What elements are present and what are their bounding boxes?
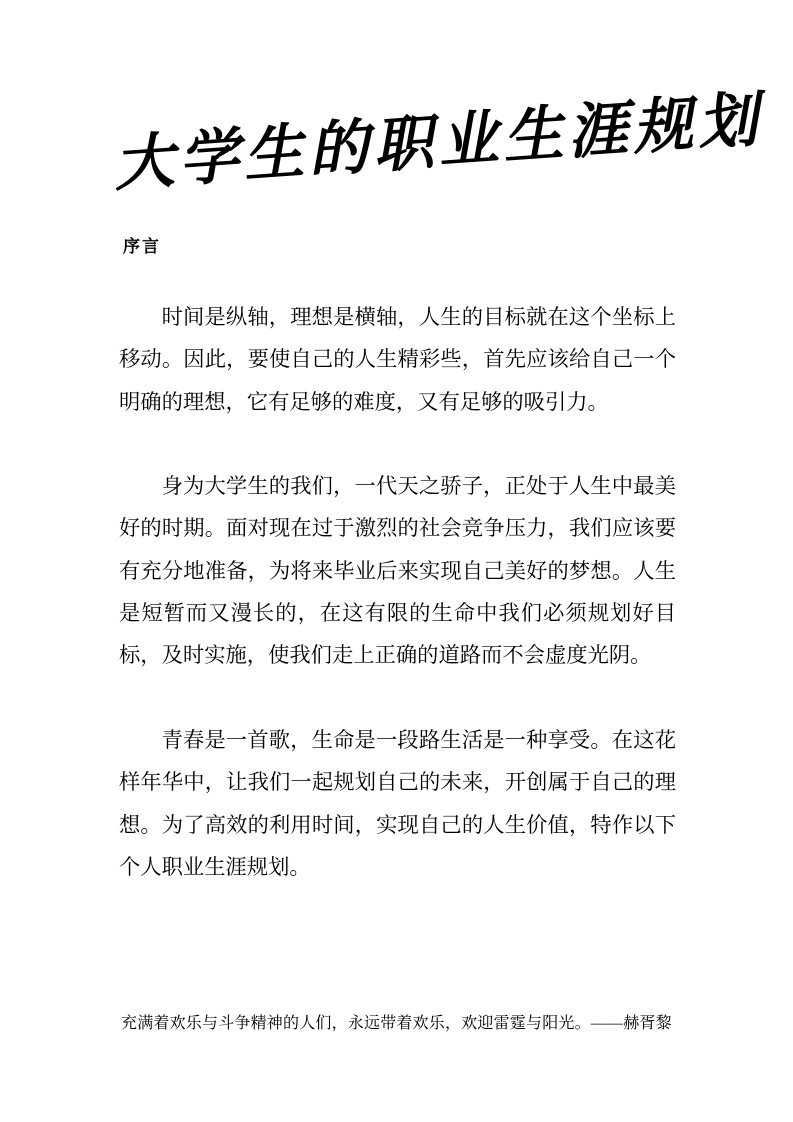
document-body: 时间是纵轴，理想是横轴，人生的目标就在这个坐标上移动。因此，要使自己的人生精彩些… (119, 296, 676, 930)
page-footer-quote: 充满着欢乐与斗争精神的人们，永远带着欢乐，欢迎雷霆与阳光。——赫胥黎 (121, 1012, 681, 1036)
paragraph-1: 时间是纵轴，理想是横轴，人生的目标就在这个坐标上移动。因此，要使自己的人生精彩些… (119, 296, 676, 423)
document-page: 大学生的职业生涯规划 序言 时间是纵轴，理想是横轴，人生的目标就在这个坐标上移动… (0, 0, 793, 1122)
paragraph-2: 身为大学生的我们，一代天之骄子，正处于人生中最美好的时期。面对现在过于激烈的社会… (119, 465, 676, 676)
document-title: 大学生的职业生涯规划 (112, 89, 765, 196)
section-heading-preface: 序言 (123, 236, 161, 258)
paragraph-3: 青春是一首歌，生命是一段路生活是一种享受。在这花样年华中，让我们一起规划自己的未… (119, 719, 676, 888)
